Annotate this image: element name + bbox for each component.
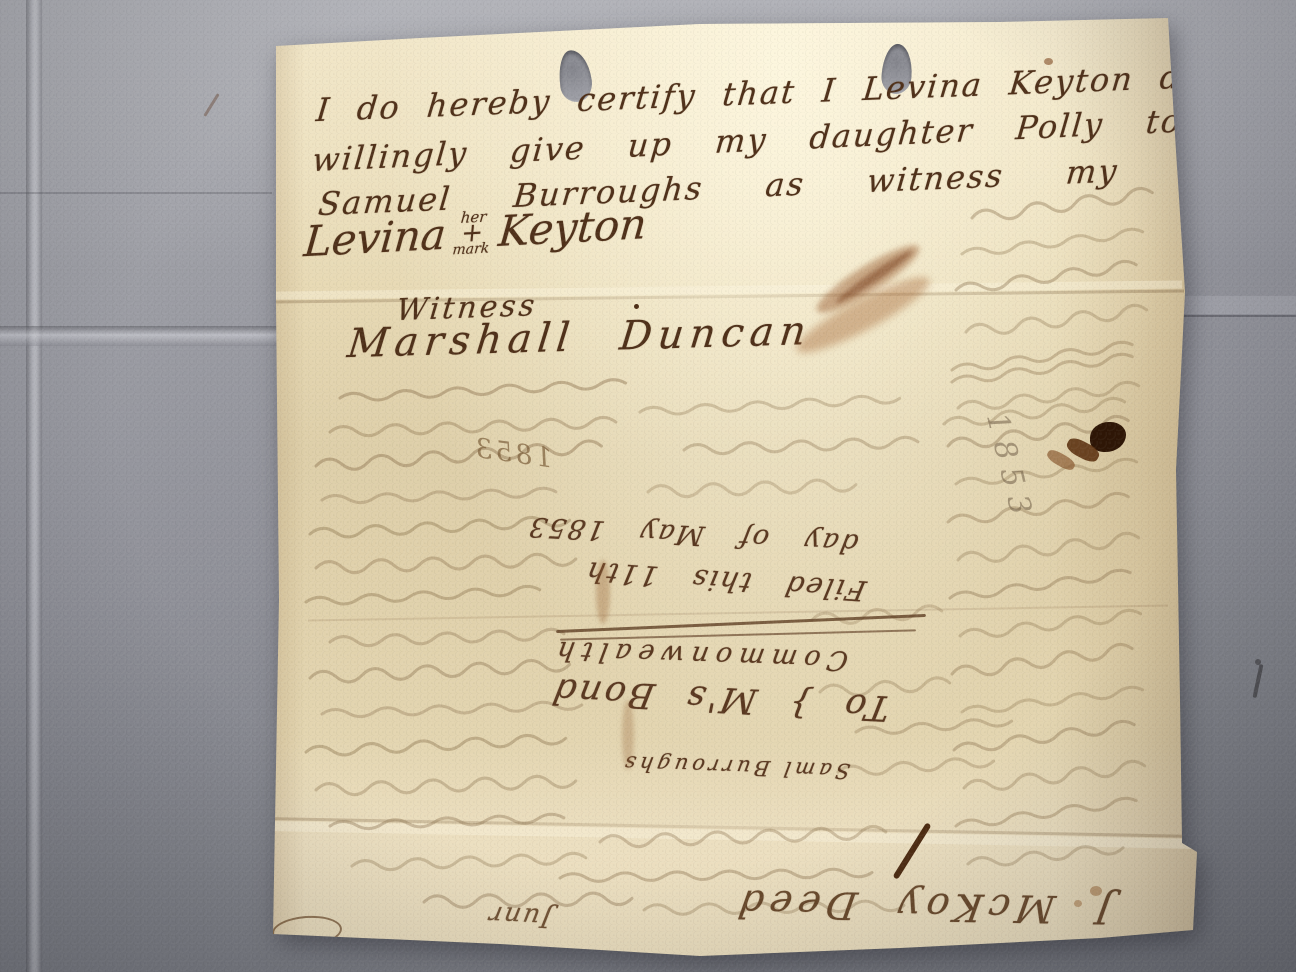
ink-speck-bottom-1 <box>1090 886 1102 896</box>
ink-speck-top <box>1044 58 1053 65</box>
ink-speck-bottom-2 <box>1074 900 1082 907</box>
her-mark-cross: her + mark <box>452 210 493 256</box>
photograph-of-handwritten-document: { "handwriting": { "body_line1": "I do h… <box>0 0 1296 972</box>
small-stain-1 <box>596 560 610 624</box>
document-paper: I do hereby certify that I Levina Keyton… <box>268 14 1204 964</box>
her-mark-word-below: mark <box>452 243 490 256</box>
small-stain-2 <box>622 700 634 770</box>
signature-surname: Keyton <box>497 203 649 253</box>
edge-fragment-right: J McKoy Deed <box>765 885 1115 929</box>
paper-shadow-wrap: I do hereby certify that I Levina Keyton… <box>0 0 1296 972</box>
signature-given-name: Levina <box>302 214 448 264</box>
edge-fragment-left: Junr <box>450 899 555 930</box>
ink-dot <box>634 304 639 309</box>
